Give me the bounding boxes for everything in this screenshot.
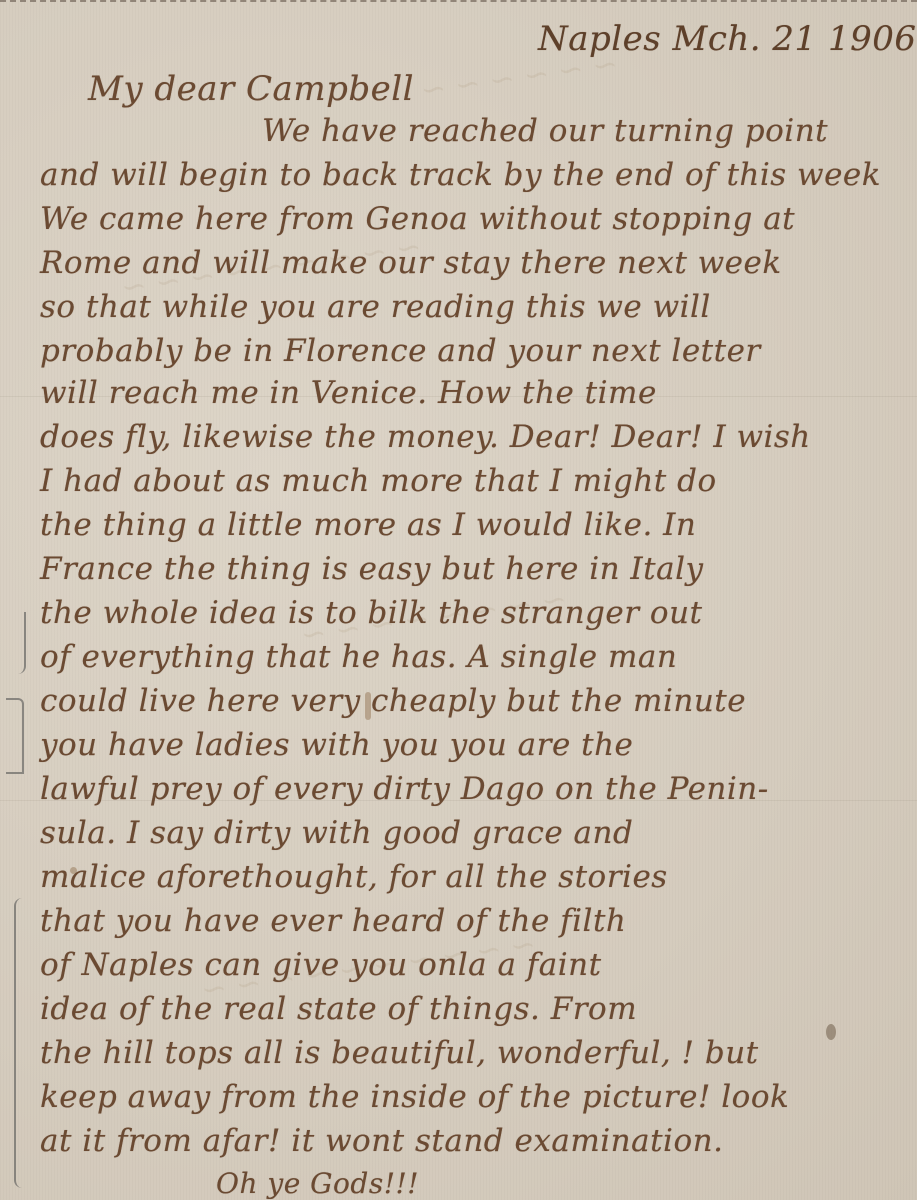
letter-line: lawful prey of every dirty Dago on the P… (40, 774, 769, 805)
letter-line: the hill tops all is beautiful, wonderfu… (40, 1038, 759, 1069)
letter-line: keep away from the inside of the picture… (40, 1082, 789, 1113)
letter-line: and will begin to back track by the end … (40, 160, 881, 191)
letter-line: malice aforethought, for all the stories (40, 862, 668, 893)
letter-line: France the thing is easy but here in Ita… (40, 554, 704, 585)
letter-line: will reach me in Venice. How the time (40, 378, 657, 409)
letter-line: the thing a little more as I would like.… (40, 510, 696, 541)
letter-line: you have ladies with you you are the (40, 730, 633, 761)
letter-line: probably be in Florence and your next le… (40, 336, 761, 367)
letter-page: ~ ~ ~ ~ ~ ~ ~ ~ ~ ~ ~ ~ ~ ~ ~ ~ ~ ~ ~ ~ … (0, 0, 917, 1200)
letter-line: does fly, likewise the money. Dear! Dear… (40, 422, 811, 453)
perforated-edge (0, 0, 917, 5)
pencil-margin-mark (14, 612, 26, 674)
letter-line: of everything that he has. A single man (40, 642, 677, 673)
pencil-margin-bracket (6, 698, 24, 774)
letter-line: of Naples can give you onla a faint (40, 950, 602, 981)
ink-spot (826, 1024, 836, 1040)
letter-line: so that while you are reading this we wi… (40, 292, 711, 323)
letter-line: Rome and will make our stay there next w… (40, 248, 782, 279)
letter-line: could live here very cheaply but the min… (40, 686, 746, 717)
dateline: Naples Mch. 21 1906 (538, 22, 917, 56)
salutation: My dear Campbell (88, 72, 414, 106)
letter-line: We came here from Genoa without stopping… (40, 204, 795, 235)
letter-line: the whole idea is to bilk the stranger o… (40, 598, 703, 629)
letter-line: idea of the real state of things. From (40, 994, 637, 1025)
letter-line: sula. I say dirty with good grace and (40, 818, 633, 849)
letter-line: I had about as much more that I might do (40, 466, 717, 497)
closing-exclamation: Oh ye Gods!!! (216, 1170, 419, 1198)
letter-line: that you have ever heard of the filth (40, 906, 626, 937)
letter-line: We have reached our turning point (262, 116, 828, 147)
letter-line: at it from afar! it wont stand examinati… (40, 1126, 723, 1157)
pencil-margin-bracket (14, 898, 26, 1188)
